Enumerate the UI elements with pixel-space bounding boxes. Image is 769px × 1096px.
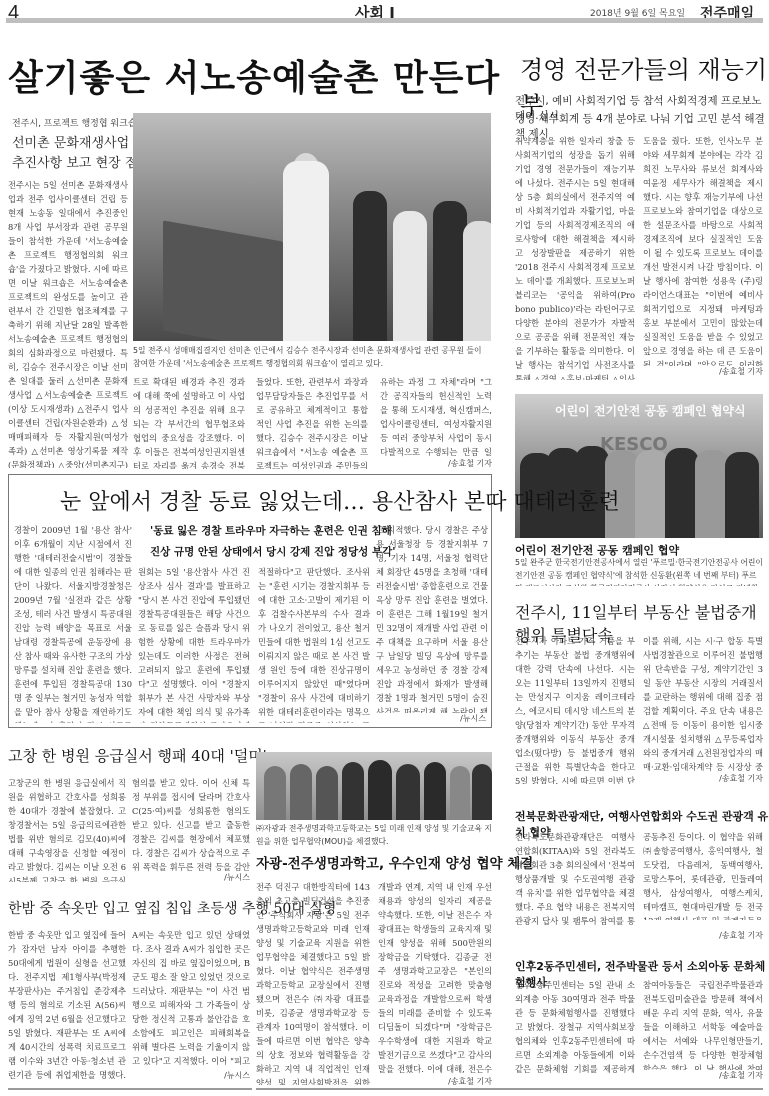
header-rule xyxy=(6,18,763,23)
story4-body-col1: 전주시가 아파트 가격 거품을 부추기는 부동산 불법 중개행위에 대한 강력 … xyxy=(515,634,635,784)
story9-body-col1: 전라북도문화관광재단은 여행사연합회(KITAA)와 5일 전라북도예술회관 3… xyxy=(515,830,635,930)
story5-body-col2: 원회는 5일 '용산참사 사건 진상조사 심사 결과'를 발표하고 "당시 본 … xyxy=(138,565,250,723)
story10-body-col1: 인후2동주민센터는 5일 관내 소외계층 아동 30여명과 전주 박물관 등 문… xyxy=(515,978,635,1078)
story7-body-col1: 한밤 중 속옷만 입고 옆집에 들어가 잠자던 남자 아이를 추행한 50대에게… xyxy=(8,928,126,1084)
story6-body-col1: 고창군의 한 병원 응급실에서 직원을 위협하고 간호사를 성희롱한 40대가 … xyxy=(8,776,126,882)
story10-byline: /송효철 기자 xyxy=(643,1070,763,1081)
story3-photo: 어린이 전기안전 공동 캠페인 협약식 KESCO xyxy=(515,394,763,538)
story6-body-col2: 혐의를 받고 있다. 이어 신체 특정 부위를 접시에 달라며 간호사 C(25… xyxy=(132,776,250,872)
story8-photo xyxy=(256,752,492,820)
story5-headline: 눈 앞에서 경찰 동료 잃었는데… 용산참사 본따 대테러훈련 xyxy=(60,485,620,516)
story8-body-col1: 전주 덕진구 대한방직터에 143층의 초고층 빌딩건설을 추진중인 '주식회사… xyxy=(256,880,370,1085)
story8-byline: /송효철 기자 xyxy=(378,1076,492,1087)
bottom-rule-right xyxy=(256,1088,763,1090)
story4-byline: /송효철 기자 xyxy=(643,773,763,784)
story1-subhead-1: 선미촌 문화재생사업 등 xyxy=(12,132,146,151)
story5-body-col3: 적절하다"고 판단했다. 조사위는 "훈련 시기는 경찰지휘부 등에 대한 고소… xyxy=(258,565,370,723)
story5-byline: /뉴시스 xyxy=(376,713,486,724)
story6-byline: /뉴시스 xyxy=(132,872,250,883)
story4-body-col2: 이를 위해, 시는 시·구 합동 특별사법경찰관으로 이루어진 불법행위 단속반… xyxy=(643,634,763,774)
bottom-rule-left xyxy=(8,1088,252,1090)
story8-photo-caption: ㈜자광과 전주생명과학고등학교는 5일 미래 인재 양성 및 기술교육 지원을 … xyxy=(256,822,492,848)
story6-headline: 고창 한 병원 응급실서 행패 40대 '덜미' xyxy=(8,745,267,766)
story1-photo-caption: 5일 전주시 성매매집결지인 선미촌 인근에서 김승수 전주시장과 선미촌 문화… xyxy=(133,344,491,370)
story9-body-col2: 공동추진 등이다. 이 협약을 위해 ㈜솔항공여행사, 홍익여행사, 철도닷컴,… xyxy=(643,830,763,920)
story5-quote-2: 진상 규명 안된 상태에서 당시 강제 진압 정당성 부각' xyxy=(150,541,395,563)
story10-body-col2: 참여아동들은 국립전주박물관과 전북도립미술관을 방문해 책에서 배운 우리 지… xyxy=(643,978,763,1070)
story1-body-col2: 트로 확대된 배경과 추진 경과에 대해 쭉에 설명하고 이 사업의 성공적인 … xyxy=(133,375,245,469)
story8-body-col2: 개발과 연계, 지역 내 인재 우선채용과 양성의 일자리 제공을 약속했다. … xyxy=(378,880,492,1075)
story7-byline: /뉴시스 xyxy=(132,1070,250,1081)
story9-byline: /송효철 기자 xyxy=(643,930,763,941)
story1-body-col4: 유하는 과정 그 자체"라며 "그간 공직자들의 헌신적인 노력을 통해 도시재… xyxy=(380,375,492,459)
story1-body-col1: 전주시는 5일 선미촌 문화재생사업과 전주 업사이클센터 건립 등 현재 노송… xyxy=(8,178,128,468)
story2-byline: /송효철 기자 xyxy=(643,366,763,377)
story1-body-col3: 들었다. 또한, 관련부서 과장과 업무담당자들은 추진업무를 서로 공유하고 … xyxy=(256,375,368,469)
story1-subhead-2: 추진사항 보고 현장 점검 xyxy=(12,152,150,171)
story5-body-col4: 고 지적했다. 당시 경찰은 주상용 서울청장 등 경찰지휘부 7명, 기자 1… xyxy=(376,523,488,713)
story2-body-col2: 도움을 줬다. 또한, 인사노무 분야와 세무회계 분야에는 각각 김희진 노무… xyxy=(643,134,763,366)
story3-photo-banner: 어린이 전기안전 공동 캠페인 협약식 xyxy=(555,402,746,419)
story5-body-col1: 경찰이 2009년 1월 '용산 참사' 이후 6개월이 지난 시점에서 진행한… xyxy=(14,523,132,723)
story3-caption: 5일 완주군 한국전기안전공사에서 열린 '푸르밀·한국전기안전공사 어린이 전… xyxy=(515,556,763,586)
story1-photo xyxy=(133,113,491,341)
story5-quote-1: '동료 잃은 경찰 트라우마 자극하는 훈련은 인권 침해 xyxy=(150,520,392,542)
story7-body-col2: A씨는 속옷만 입고 있던 상태였다. 조사 결과 A씨가 침입한 곳은 자신의… xyxy=(132,928,250,1070)
story1-kicker: 전주시, 프로젝트 행정협 워크숍 xyxy=(12,116,136,129)
story8-headline: 자광-전주생명과학고, 우수인재 양성 협약 체결 xyxy=(256,852,533,872)
story1-byline: /송효철 기자 xyxy=(380,458,492,469)
story2-body-col1: 취약계층을 위한 일자리 창출 등 사회적기업의 성장을 돕기 위해 기업 경영… xyxy=(515,134,635,380)
story1-headline: 살기좋은 서노송예술촌 만든다 xyxy=(8,50,500,101)
